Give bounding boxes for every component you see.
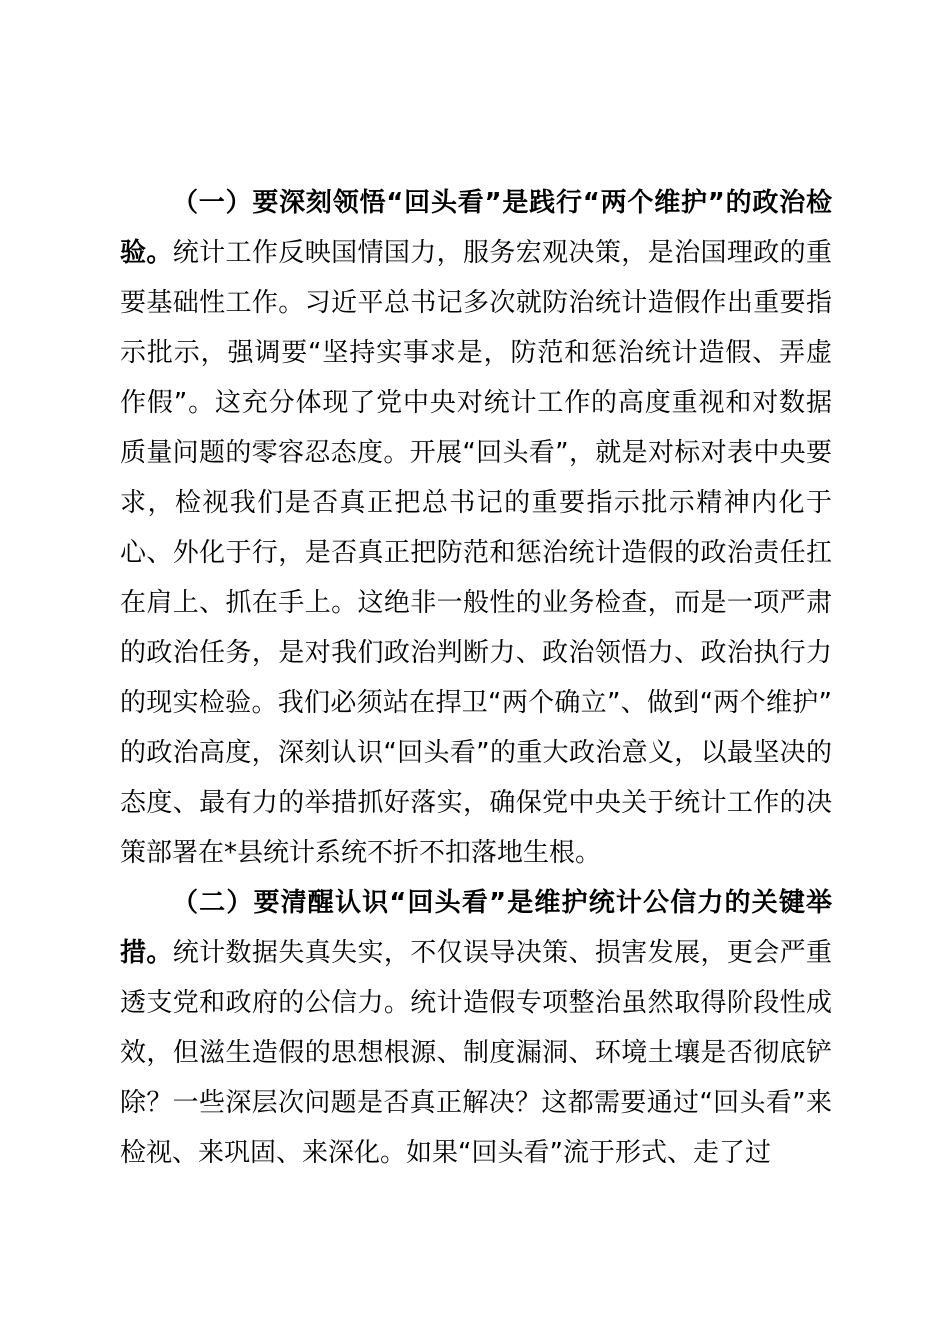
paragraph-2: （二）要清醒认识“回头看”是维护统计公信力的关键举措。统计数据失真失实，不仅误导… [120,878,832,1178]
paragraph-1: （一）要深刻领悟“回头看”是践行“两个维护”的政治检验。统计工作反映国情国力，服… [120,178,832,878]
document-page: （一）要深刻领悟“回头看”是践行“两个维护”的政治检验。统计工作反映国情国力，服… [0,0,950,1344]
paragraph-1-body: 统计工作反映国情国力，服务宏观决策，是治国理政的重要基础性工作。习近平总书记多次… [120,238,832,868]
paragraph-2-body: 统计数据失真失实，不仅误导决策、损害发展，更会严重透支党和政府的公信力。统计造假… [120,938,832,1168]
